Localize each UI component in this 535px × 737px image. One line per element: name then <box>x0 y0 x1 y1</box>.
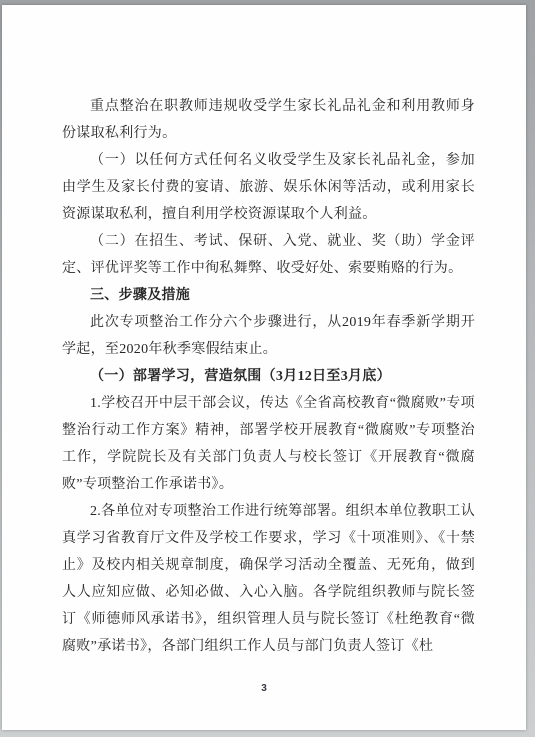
document-page: 重点整治在职教师违规收受学生家长礼品礼金和利用教师身份谋取私利行为。 （一）以任… <box>2 5 526 730</box>
paragraph: 此次专项整治工作分六个步骤进行，从2019年春季新学期开学起，至2020年秋季寒… <box>62 309 475 363</box>
section-heading: 三、步骤及措施 <box>62 282 475 309</box>
subsection-heading: （一）部署学习，营造氛围（3月12日至3月底） <box>62 363 475 390</box>
paragraph: （一）以任何方式任何名义收受学生及家长礼品礼金，参加由学生及家长付费的宴请、旅游… <box>62 147 475 228</box>
page-number: 3 <box>2 683 526 694</box>
paragraph: 重点整治在职教师违规收受学生家长礼品礼金和利用教师身份谋取私利行为。 <box>62 93 475 147</box>
paragraph: 2.各单位对专项整治工作进行统筹部署。组织本单位教职工认真学习省教育厅文件及学校… <box>62 498 475 660</box>
document-body: 重点整治在职教师违规收受学生家长礼品礼金和利用教师身份谋取私利行为。 （一）以任… <box>62 93 475 660</box>
paragraph: （二）在招生、考试、保研、入党、就业、奖（助）学金评定、评优评奖等工作中徇私舞弊… <box>62 228 475 282</box>
paragraph: 1.学校召开中层干部会议，传达《全省高校教育“微腐败”专项整治行动工作方案》精神… <box>62 390 475 498</box>
document-canvas: { "document": { "paragraphs": [ { "role"… <box>0 0 535 737</box>
